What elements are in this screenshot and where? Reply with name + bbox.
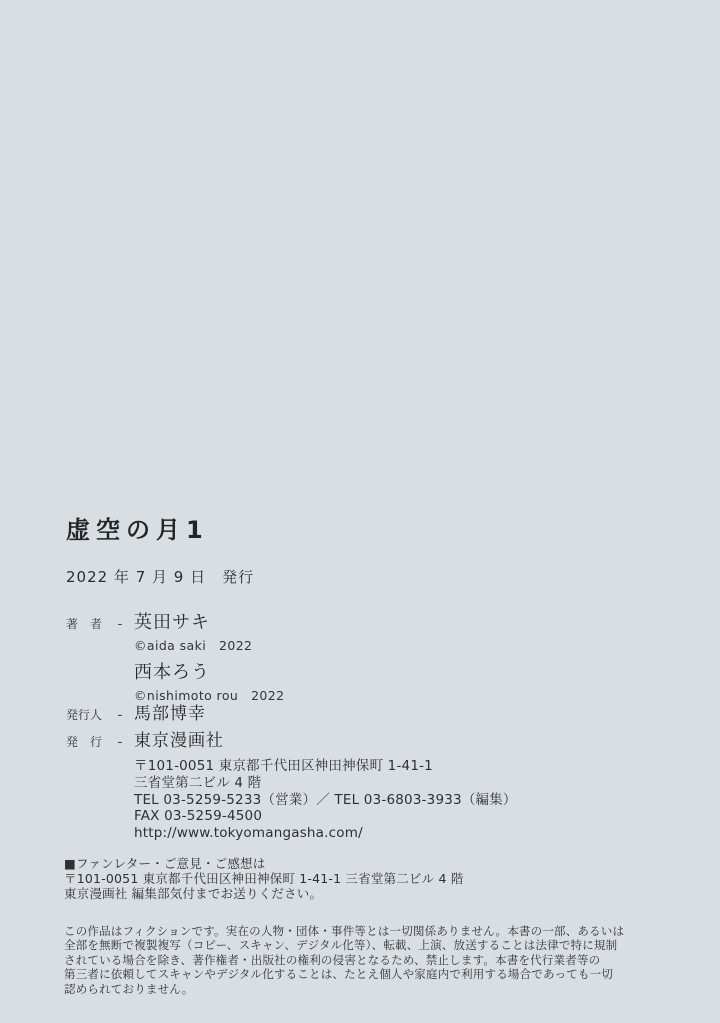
legal-text-line: 第三者に依頼してスキャンやデジタル化することは、たとえ個人や家庭内で利用する場合… bbox=[64, 967, 664, 981]
publisher-row: 発 行 - 東京漫画社 〒101-0051 東京都千代田区神田神保町 1-41-… bbox=[66, 731, 517, 841]
fan-letter-instruction: 東京漫画社 編集部気付までお送りください。 bbox=[64, 886, 464, 901]
publisher-address-block: 〒101-0051 東京都千代田区神田神保町 1-41-1 三省堂第二ビル 4 … bbox=[134, 758, 517, 841]
author-name-1: 英田サキ bbox=[134, 612, 285, 635]
author-copyright-2: ©nishimoto rou 2022 bbox=[134, 688, 285, 704]
publisher-person-name: 馬部博幸 bbox=[134, 704, 206, 724]
author-row: 著 者 - 英田サキ ©aida saki 2022 西本ろう ©nishimo… bbox=[66, 612, 285, 703]
issue-date: 2022 年 7 月 9 日 発行 bbox=[66, 566, 254, 587]
book-title: 虚空の月1 bbox=[66, 510, 209, 545]
publisher-website-url: http://www.tokyomangasha.com/ bbox=[134, 825, 517, 842]
publisher-person-row: 発行人 - 馬部博幸 bbox=[66, 704, 206, 724]
fan-letter-block: ■ファンレター・ご意見・ご感想は 〒101-0051 東京都千代田区神田神保町 … bbox=[64, 856, 464, 901]
author-label: 著 者 bbox=[66, 615, 106, 632]
publisher-label: 発 行 bbox=[66, 733, 106, 750]
author-name-2: 西本ろう bbox=[134, 662, 285, 685]
author-separator-dash: - bbox=[106, 617, 134, 632]
legal-text-line: 認められておりません。 bbox=[64, 982, 664, 996]
fan-letter-heading: ■ファンレター・ご意見・ご感想は bbox=[64, 856, 464, 871]
legal-text-line: されている場合を除き、著作権者・出版社の権利の侵害となるため、禁止します。本書を… bbox=[64, 953, 664, 967]
legal-text-line: この作品はフィクションです。実在の人物・団体・事件等とは一切関係ありません。本書… bbox=[64, 924, 664, 938]
legal-notice-block: この作品はフィクションです。実在の人物・団体・事件等とは一切関係ありません。本書… bbox=[64, 924, 664, 996]
legal-text-line: 全部を無断で複製複写（コピー、スキャン、デジタル化等）、転載、上演、放送すること… bbox=[64, 938, 664, 952]
publisher-telephone: TEL 03-5259-5233（営業）／ TEL 03-6803-3933（編… bbox=[134, 792, 517, 809]
publisher-person-separator-dash: - bbox=[106, 708, 134, 723]
fan-letter-address: 〒101-0051 東京都千代田区神田神保町 1-41-1 三省堂第二ビル 4 … bbox=[64, 871, 464, 886]
publisher-fax: FAX 03-5259-4500 bbox=[134, 808, 517, 825]
author-copyright-1: ©aida saki 2022 bbox=[134, 638, 285, 654]
publisher-postal-address: 〒101-0051 東京都千代田区神田神保町 1-41-1 bbox=[134, 758, 517, 775]
publisher-person-label: 発行人 bbox=[66, 706, 106, 723]
author-value: 英田サキ ©aida saki 2022 西本ろう ©nishimoto rou… bbox=[134, 612, 285, 703]
colophon-page: 虚空の月1 2022 年 7 月 9 日 発行 著 者 - 英田サキ ©aida… bbox=[0, 0, 720, 1023]
publisher-separator-dash: - bbox=[106, 735, 134, 750]
publisher-name: 東京漫画社 bbox=[134, 731, 517, 751]
publisher-building: 三省堂第二ビル 4 階 bbox=[134, 775, 517, 792]
